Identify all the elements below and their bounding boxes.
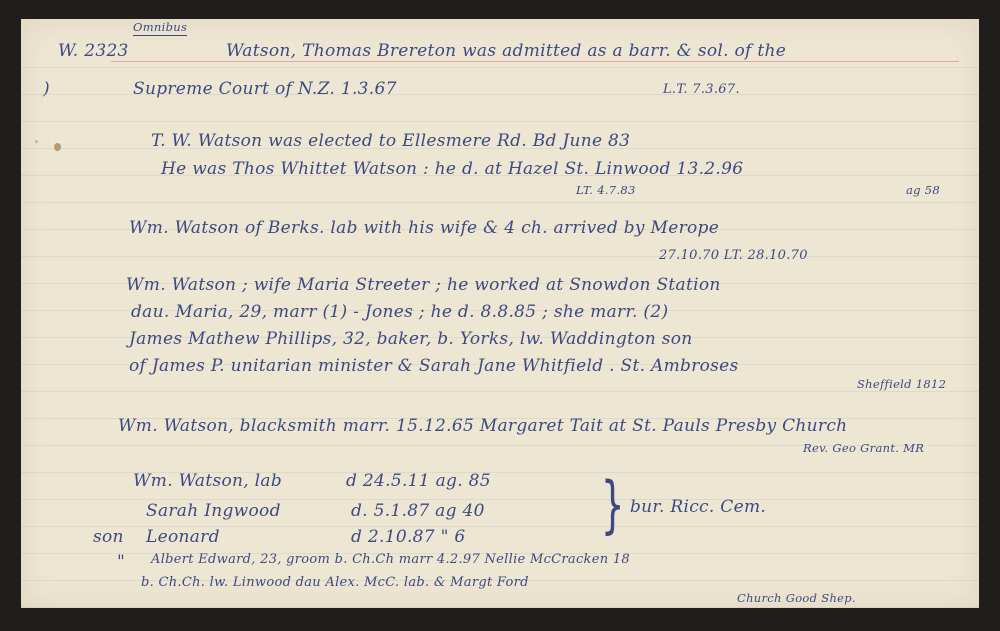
- age-note: ag 58: [906, 183, 940, 197]
- entry-line: Supreme Court of N.Z. 1.3.67: [133, 79, 397, 99]
- index-card: Omnibus W. 2323 Watson, Thomas Brereton …: [21, 19, 979, 608]
- source-reference: LT. 4.7.83: [576, 183, 636, 197]
- death-record: d 2.10.87 " 6: [351, 527, 466, 547]
- entry-line: Wm. Watson, blacksmith marr. 15.12.65 Ma…: [118, 416, 847, 436]
- entry-line: Albert Edward, 23, groom b. Ch.Ch marr 4…: [151, 552, 630, 567]
- header-rule: [111, 61, 959, 62]
- stain-mark: [54, 143, 61, 151]
- stain-mark: [35, 140, 38, 143]
- entry-line: He was Thos Whittet Watson : he d. at Ha…: [161, 159, 743, 179]
- annotation-omnibus: Omnibus: [133, 20, 187, 36]
- grouping-brace: }: [601, 474, 625, 536]
- death-record: d 24.5.11 ag. 85: [346, 471, 491, 491]
- death-record: d. 5.1.87 ag 40: [351, 501, 485, 521]
- family-name: Leonard: [146, 527, 220, 547]
- ditto-mark: ": [117, 552, 125, 572]
- location-note: Sheffield 1812: [857, 377, 946, 391]
- entry-line: Wm. Watson of Berks. lab with his wife &…: [129, 218, 719, 238]
- entry-line: James Mathew Phillips, 32, baker, b. Yor…: [129, 329, 693, 349]
- entry-line: T. W. Watson was elected to Ellesmere Rd…: [151, 131, 630, 151]
- entry-line: dau. Maria, 29, marr (1) - Jones ; he d.…: [131, 302, 668, 322]
- burial-note: bur. Ricc. Cem.: [630, 497, 766, 517]
- entry-line: Wm. Watson ; wife Maria Streeter ; he wo…: [126, 275, 721, 295]
- family-name: Sarah Ingwood: [146, 501, 281, 521]
- officiant-note: Rev. Geo Grant. MR: [803, 441, 924, 455]
- relation-label: son: [93, 527, 124, 547]
- date-reference: 27.10.70 LT. 28.10.70: [659, 248, 808, 263]
- margin-mark: ): [43, 79, 50, 99]
- card-reference: W. 2323: [58, 41, 129, 61]
- entry-line: b. Ch.Ch. lw. Linwood dau Alex. McC. lab…: [141, 575, 529, 590]
- source-reference: L.T. 7.3.67.: [663, 82, 740, 97]
- entry-line: of James P. unitarian minister & Sarah J…: [129, 356, 739, 376]
- family-name: Wm. Watson, lab: [133, 471, 282, 491]
- entry-line: Watson, Thomas Brereton was admitted as …: [226, 41, 786, 61]
- church-note: Church Good Shep.: [737, 591, 856, 605]
